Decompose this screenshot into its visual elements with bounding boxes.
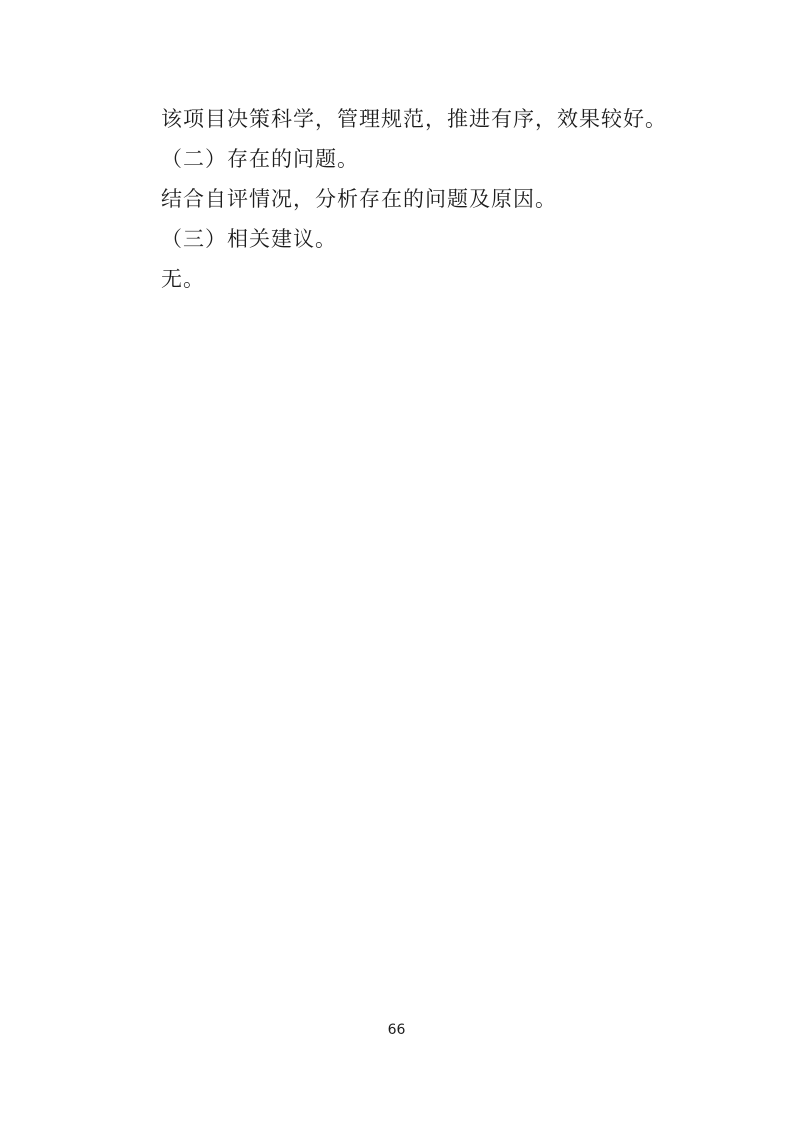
page-number: 66 bbox=[0, 1022, 793, 1038]
paragraph-conclusion: 该项目决策科学，管理规范，推进有序，效果较好。 bbox=[161, 99, 661, 139]
paragraph-heading-problems: （二）存在的问题。 bbox=[161, 139, 661, 179]
paragraph-none: 无。 bbox=[161, 259, 661, 299]
paragraph-heading-suggestions: （三）相关建议。 bbox=[161, 219, 661, 259]
document-body: 该项目决策科学，管理规范，推进有序，效果较好。 （二）存在的问题。 结合自评情况… bbox=[161, 99, 661, 299]
document-page: 该项目决策科学，管理规范，推进有序，效果较好。 （二）存在的问题。 结合自评情况… bbox=[0, 0, 793, 1122]
paragraph-problems-analysis: 结合自评情况，分析存在的问题及原因。 bbox=[161, 179, 661, 219]
